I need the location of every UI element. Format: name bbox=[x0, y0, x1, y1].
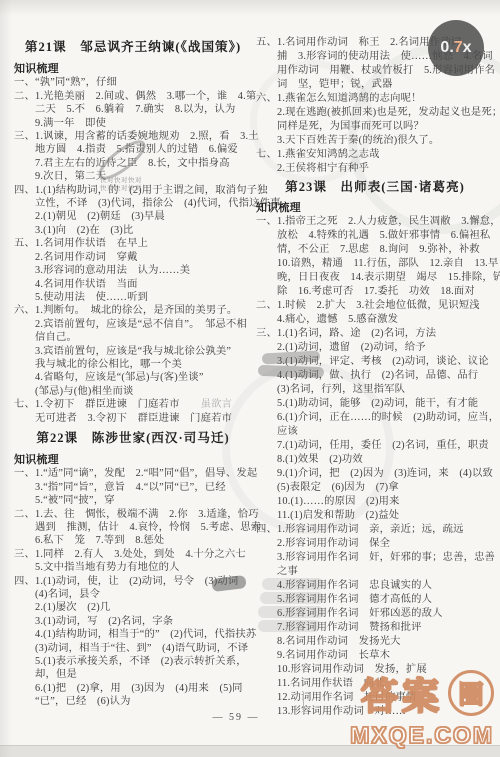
column-divider-mark bbox=[303, 692, 304, 713]
text-line: 2.宾语前置句，应该是“忌不信自”。 邹忌不相 bbox=[14, 318, 252, 331]
watermark: 答案 圈 MXQE.COM bbox=[350, 666, 494, 749]
text-line: 6.(1)把 (2)拿，用 (3)因为 (4)用来 (5)同 bbox=[14, 682, 252, 695]
text-line: 4.省略句，应该是“(邹忌)与(客)坐谈” bbox=[14, 371, 252, 384]
watermark-brand-text: 答案 bbox=[361, 666, 443, 720]
text-line: 二、1.时候 2.扩大 3.社会地位低微，见识短浅 bbox=[256, 299, 494, 313]
text-line: 七、1.令初下 群臣进谏 门庭若市 虽欲言 bbox=[14, 398, 252, 411]
text-line: 5.文中指当地有势力有地位的人 bbox=[14, 561, 252, 574]
text-line: (3)名词，行列，这里指军队 bbox=[256, 383, 494, 397]
text-line: 六、1.判断句。 城北的徐公，是齐国的美男子。 bbox=[14, 304, 252, 317]
handwriting-note: 快对快对快对 快对快对快对 bbox=[100, 177, 142, 193]
text-line: 9.名词用作动词 长草木 bbox=[256, 649, 494, 663]
text-line: 地方圆 4.指责 5.指责别人的过错 6.偏爱 bbox=[14, 143, 252, 156]
text-line: 立性，不译 (3)代词，指徐公 (4)代词，代指这件事 bbox=[14, 197, 252, 210]
text-line: 5.使动用法 使……听到 bbox=[14, 291, 252, 304]
text-line: 二、1.光艳美丽 2.间或、偶然 3.哪一个，谁 4.第 bbox=[14, 90, 252, 103]
text-line: 5.“被”同“披”，穿 bbox=[14, 494, 252, 507]
text-line: 之事 bbox=[256, 565, 494, 579]
text-line: 应该 bbox=[256, 425, 494, 439]
text-line: 信自己。 bbox=[14, 331, 252, 344]
text-line: 一、“孰”同“熟”，仔细 bbox=[14, 76, 252, 89]
text-line: 3.宾语前置句，应该是“我与城北徐公孰美” bbox=[14, 345, 252, 358]
text-line: 三、1.同样 2.有人 3.处处，到处 4.十分之六七 bbox=[14, 548, 252, 561]
text-line: 7.(1)动词，任用，委任 (2)名词，重任，职责 bbox=[256, 439, 494, 453]
text-line: 却，但是 bbox=[14, 668, 252, 681]
text-line: 七、1.燕雀安知鸿鹄之志哉 bbox=[256, 148, 494, 162]
text-line: 5.(1)表示承接关系，不译 (2)表示转折关系， bbox=[14, 655, 252, 668]
text-line: 三、1.讽谏，用含蓄的话委婉地规劝 2.照，看 3.土 bbox=[14, 130, 252, 143]
text-line: 三、1.(1)名词，路、途 (2)名词，方法 bbox=[256, 327, 494, 341]
lesson-title: 第22课 陈涉世家(西汉·司马迁) bbox=[14, 429, 252, 447]
text-line: 一、1.指帝王之死 2.人力疲惫，民生凋敝 3.懈怠， bbox=[256, 215, 494, 229]
text-line: 遇到 推测，估计 4.哀怜，怜悯 5.考虑、思索 bbox=[14, 521, 252, 534]
text-line: 晚，日日夜夜 14.表示期望 竭尽 15.排除，铲 bbox=[256, 271, 494, 285]
text-line: 11.(1)启发和帮助 (2)益处 bbox=[256, 509, 494, 523]
text-line: (5)表限定 (6)因为 (7)拿 bbox=[256, 481, 494, 495]
text-line: 无可进者 3.令初下 群臣进谏 门庭若市 bbox=[14, 412, 252, 425]
text-line: 2.(1)动词，遗留 (2)动词，给予 bbox=[256, 341, 494, 355]
text-line: 二、1.去、往 惆怅，极端不满 2.你 3.适逢，恰巧 bbox=[14, 508, 252, 521]
text-line: 4.形容词用作名词 忠良诚实的人 bbox=[256, 579, 494, 593]
text-line: 我与城北的徐公相比，哪一个美 bbox=[14, 358, 252, 371]
text-line: 4.名词用作状语 当面 bbox=[14, 278, 252, 291]
text-line: 除 16.考虑可否 17.委托 功效 18.面对 bbox=[256, 285, 494, 299]
text-line: 3.(1)向 (2)在 (3)比 bbox=[14, 224, 252, 237]
text-line: 2.现在逃跑(被抓回来)也是死，发动起义也是死； bbox=[256, 106, 494, 120]
lesson-title: 第23课 出师表(三国·诸葛亮) bbox=[256, 180, 494, 194]
text-line: 4.(1)结构助词，相当于“的” (2)代词，代指扶苏 bbox=[14, 628, 252, 641]
playback-speed-badge[interactable]: 0.7x bbox=[428, 20, 484, 76]
text-line: 3.形容词用作名词 奸，奸邪的事；忠善，忠善 bbox=[256, 551, 494, 565]
section-label: 知识梳理 bbox=[256, 201, 494, 215]
faded-text: 虽欲言 bbox=[201, 399, 233, 410]
text-line: 3.“指”同“旨”，意旨 4.“以”同“已”，已经 bbox=[14, 481, 252, 494]
text-line: 9.满一年 即使 bbox=[14, 117, 252, 130]
lesson-title: 第21课 邹忌讽齐王纳谏(《战国策》) bbox=[14, 38, 252, 56]
page-number: — 59 — bbox=[195, 712, 277, 723]
text-line: 3.形容词的意动用法 认为……美 bbox=[14, 264, 252, 277]
speed-value: 0.7x bbox=[440, 39, 471, 57]
watermark-domain-text: MXQE.COM bbox=[350, 722, 494, 749]
text-line: 2.名词用作动词 穿戴 bbox=[14, 251, 252, 264]
text-line: 二天 5.不 6.躺着 7.确实 8.以为，认为 bbox=[14, 103, 252, 116]
text-line: “已”，已经 (6)认为 bbox=[14, 695, 252, 708]
text-line: 7.君主左右的近侍之臣 8.长，文中指身高 bbox=[14, 157, 252, 170]
text-line: 6.私下 笼 7.等到 8.惩处 bbox=[14, 534, 252, 547]
text-line: 5.(1)助动词，能够 (2)动词，能干，有才能 bbox=[256, 397, 494, 411]
text-line: 4.痛心，遗憾 5.感奋激发 bbox=[256, 313, 494, 327]
text-line: 6.形容词用作名词 奸邪凶恶的敌人 bbox=[256, 607, 494, 621]
text-line: 词 坚，铠甲；锐，武器 bbox=[256, 78, 494, 92]
section-label: 知识梳理 bbox=[14, 454, 252, 467]
text-line: 8.(1)效果 (2)功效 bbox=[256, 453, 494, 467]
section-label: 知识梳理 bbox=[14, 63, 252, 76]
text-line: 六、1.燕雀怎么知道鸿鹄的志向呢！ bbox=[256, 92, 494, 106]
text-line: 一、1.“适”同“谪”，发配 2.“唱”同“倡”，倡导、发起 bbox=[14, 467, 252, 480]
text-line: 放松 4.特殊的礼遇 5.做奸邪事情 6.偏袒私 bbox=[256, 229, 494, 243]
text-line: (邹忌)与(他)相坐而谈 bbox=[14, 385, 252, 398]
text-line: 2.(1)屡次 (2)几 bbox=[14, 601, 252, 614]
text-line: 10.谙熟，精通 11.行伍，部队 12.亲自 13.早 bbox=[256, 257, 494, 271]
text-line: 四、1.(1)动词，使，让 (2)动词，号令 (3)动词 bbox=[14, 575, 252, 588]
watermark-circle-logo: 圈 bbox=[448, 670, 494, 716]
text-line: 7.形容词用作动词 赞扬和批评 bbox=[256, 621, 494, 635]
text-line: 6.(1)介词，正在……的时候 (2)助动词，应当， bbox=[256, 411, 494, 425]
text-line: 3.天下百姓苦于秦(的统治)很久了。 bbox=[256, 134, 494, 148]
scanned-answer-page: 第21课 邹忌讽齐王纳谏(《战国策》)知识梳理一、“孰”同“熟”，仔细二、1.光… bbox=[0, 0, 500, 757]
text-line: (4)名词，县令 bbox=[14, 588, 252, 601]
text-line: 3.(1)动词，写 (2)名词，字条 bbox=[14, 615, 252, 628]
right-text-column: 五、1.名词用作动词 称王 2.名词用作动词捕 3.形容词的使动用法 使……恼怒… bbox=[256, 36, 494, 719]
text-line: 2.王侯将相宁有种乎 bbox=[256, 162, 494, 176]
text-line: 五、1.名词用作状语 在早上 bbox=[14, 237, 252, 250]
text-line: (3)动词，相当于“往、到” (4)语气助词，不译 bbox=[14, 642, 252, 655]
text-line: 4.(1)动词，做、执行 (2)名词，品德、品行 bbox=[256, 369, 494, 383]
text-line: 同样是死，为国事而死可以吗？ bbox=[256, 120, 494, 134]
text-line: 四、1.形容词用作动词 亲，亲近；远，疏远 bbox=[256, 523, 494, 537]
text-line: 3.(1)动词，评定、考核 (2)动词，谈论、议论 bbox=[256, 355, 494, 369]
text-line: 9.(1)介词，把 (2)因为 (3)连词，来 (4)以致 bbox=[256, 467, 494, 481]
text-line: 8.名词用作动词 发扬光大 bbox=[256, 635, 494, 649]
text-line: 5.形容词用作名词 德才高低的人 bbox=[256, 593, 494, 607]
left-text-column: 第21课 邹忌讽齐王纳谏(《战国策》)知识梳理一、“孰”同“熟”，仔细二、1.光… bbox=[14, 34, 252, 709]
text-line: 2.形容词用作动词 保全 bbox=[256, 537, 494, 551]
text-line: 10.(1)……的原因 (2)用来 bbox=[256, 495, 494, 509]
text-line: 2.(1)朝见 (2)朝廷 (3)早晨 bbox=[14, 210, 252, 223]
text-line: 情，不公正 7.思虑 8.询问 9.弥补，补救 bbox=[256, 243, 494, 257]
